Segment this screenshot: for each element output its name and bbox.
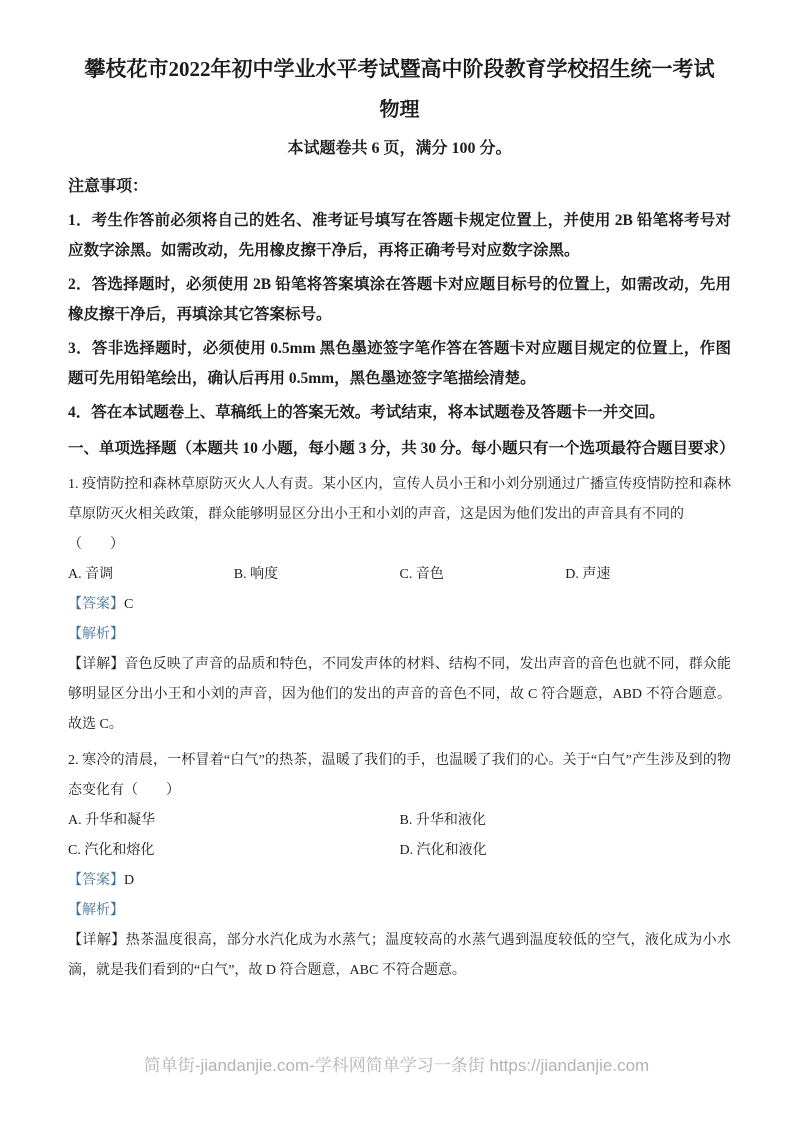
analysis-label: 【解析】 <box>68 627 124 642</box>
question-2-stem: 2. 寒冷的清晨，一杯冒着“白气”的热茶，温暖了我们的手，也温暖了我们的心。关于… <box>68 746 731 806</box>
watermark-footer: 简单街-jiandanjie.com-学科网简单学习一条街 https://ji… <box>0 1055 793 1077</box>
question-2-answer-line: 【答案】D <box>68 866 731 896</box>
question-2-option-d: D. 汽化和液化 <box>400 836 732 866</box>
exam-paper-page: 攀枝花市2022年初中学业水平考试暨高中阶段教育学校招生统一考试 物理 本试题卷… <box>0 0 793 1122</box>
notice-label: 注意事项： <box>68 172 731 202</box>
analysis-label: 【解析】 <box>68 903 124 918</box>
question-2-detail: 【详解】热茶温度很高，部分水汽化成为水蒸气；温度较高的水蒸气遇到温度较低的空气，… <box>68 926 731 986</box>
question-1-option-c: C. 音色 <box>400 560 566 590</box>
question-1: 1. 疫情防控和森林草原防灭火人人有责。某小区内，宣传人员小王和小刘分别通过广播… <box>68 470 731 740</box>
question-1-answer-line: 【答案】C <box>68 590 731 620</box>
question-1-option-b: B. 响度 <box>234 560 400 590</box>
answer-label: 【答案】 <box>68 597 124 612</box>
question-2-option-a: A. 升华和凝华 <box>68 806 400 836</box>
paper-info: 本试题卷共 6 页，满分 100 分。 <box>68 138 731 160</box>
question-1-stem: 1. 疫情防控和森林草原防灭火人人有责。某小区内，宣传人员小王和小刘分别通过广播… <box>68 470 731 530</box>
notice-item-2: 2．答选择题时，必须使用 2B 铅笔将答案填涂在答题卡对应题目标号的位置上，如需… <box>68 270 731 330</box>
question-1-detail: 【详解】音色反映了声音的品质和特色，不同发声体的材料、结构不同，发出声音的音色也… <box>68 650 731 740</box>
question-2: 2. 寒冷的清晨，一杯冒着“白气”的热茶，温暖了我们的手，也温暖了我们的心。关于… <box>68 746 731 986</box>
notice-item-1: 1．考生作答前必须将自己的姓名、准考证号填写在答题卡规定位置上，并使用 2B 铅… <box>68 206 731 266</box>
answer-label: 【答案】 <box>68 873 124 888</box>
question-1-option-a: A. 音调 <box>68 560 234 590</box>
notice-item-3: 3．答非选择题时，必须使用 0.5mm 黑色墨迹签字笔作答在答题卡对应题目规定的… <box>68 334 731 394</box>
answer-value: D <box>124 873 134 888</box>
question-1-options: A. 音调 B. 响度 C. 音色 D. 声速 <box>68 560 731 590</box>
question-2-options: A. 升华和凝华 B. 升华和液化 C. 汽化和熔化 D. 汽化和液化 <box>68 806 731 866</box>
question-1-option-d: D. 声速 <box>565 560 731 590</box>
section-heading: 一、单项选择题（本题共 10 小题，每小题 3 分，共 30 分。每小题只有一个… <box>68 434 731 464</box>
page-title: 攀枝花市2022年初中学业水平考试暨高中阶段教育学校招生统一考试 <box>68 54 731 84</box>
question-2-option-c: C. 汽化和熔化 <box>68 836 400 866</box>
question-2-option-b: B. 升华和液化 <box>400 806 732 836</box>
question-1-analysis-line: 【解析】 <box>68 620 731 650</box>
subject-title: 物理 <box>68 96 731 124</box>
notice-item-4: 4．答在本试题卷上、草稿纸上的答案无效。考试结束，将本试题卷及答题卡一并交回。 <box>68 398 731 428</box>
question-1-answer-bracket: （ ） <box>68 530 731 560</box>
answer-value: C <box>124 597 133 612</box>
question-2-analysis-line: 【解析】 <box>68 896 731 926</box>
